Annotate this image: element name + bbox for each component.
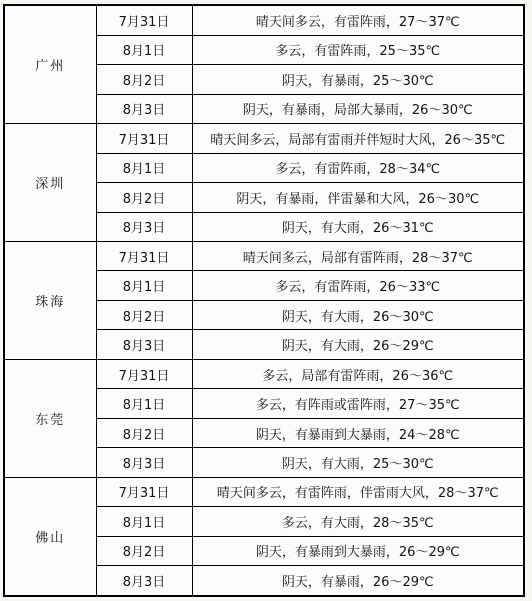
weather-cell: 多云，有大雨，28～35℃ — [192, 507, 524, 536]
date-cell: 8月3日 — [96, 566, 192, 596]
weather-cell: 多云，有雷阵雨，25～35℃ — [192, 35, 524, 64]
table-row: 深圳 7月31日 晴天间多云，局部有雷雨并伴短时大风，26～35℃ — [4, 124, 524, 153]
weather-cell: 阴天，有大雨，26～29℃ — [192, 330, 524, 359]
date-cell: 8月1日 — [96, 153, 192, 182]
date-cell: 8月2日 — [96, 536, 192, 565]
city-cell: 东莞 — [4, 359, 96, 477]
weather-cell: 阴天，有大雨，26～31℃ — [192, 212, 524, 241]
date-cell: 8月1日 — [96, 35, 192, 64]
date-cell: 7月31日 — [96, 124, 192, 153]
weather-cell: 阴天，有暴雨，26～29℃ — [192, 566, 524, 596]
date-cell: 8月2日 — [96, 418, 192, 447]
weather-cell: 阴天，有暴雨，局部大暴雨，26～30℃ — [192, 94, 524, 123]
city-cell: 佛山 — [4, 477, 96, 596]
weather-cell: 阴天，有暴雨，25～30℃ — [192, 65, 524, 94]
weather-cell: 多云，有阵雨或雷阵雨，27～35℃ — [192, 389, 524, 418]
date-cell: 7月31日 — [96, 477, 192, 506]
date-cell: 7月31日 — [96, 241, 192, 270]
weather-cell: 多云，有雷阵雨，28～34℃ — [192, 153, 524, 182]
city-cell: 广州 — [4, 5, 96, 124]
date-cell: 8月3日 — [96, 212, 192, 241]
table-row: 珠海 7月31日 晴天间多云，局部有雷阵雨，28～37℃ — [4, 241, 524, 270]
table-row: 广州 7月31日 晴天间多云，有雷阵雨，27～37℃ — [4, 5, 524, 35]
table-row: 东莞 7月31日 多云，局部有雷阵雨，26～36℃ — [4, 359, 524, 388]
weather-cell: 晴天间多云，有雷阵雨，27～37℃ — [192, 5, 524, 35]
date-cell: 7月31日 — [96, 359, 192, 388]
date-cell: 8月1日 — [96, 389, 192, 418]
date-cell: 8月3日 — [96, 448, 192, 477]
weather-cell: 阴天，有大雨，25～30℃ — [192, 448, 524, 477]
weather-cell: 阴天，有暴雨，伴雷暴和大风，26～30℃ — [192, 183, 524, 212]
weather-cell: 晴天间多云，有雷阵雨，伴雷雨大风，28～37℃ — [192, 477, 524, 506]
date-cell: 7月31日 — [96, 5, 192, 35]
date-cell: 8月1日 — [96, 507, 192, 536]
table-row: 佛山 7月31日 晴天间多云，有雷阵雨，伴雷雨大风，28～37℃ — [4, 477, 524, 506]
weather-cell: 多云，有雷阵雨，26～33℃ — [192, 271, 524, 300]
date-cell: 8月3日 — [96, 330, 192, 359]
weather-cell: 阴天，有大雨，26～30℃ — [192, 300, 524, 329]
date-cell: 8月2日 — [96, 183, 192, 212]
weather-cell: 晴天间多云，局部有雷雨并伴短时大风，26～35℃ — [192, 124, 524, 153]
city-cell: 珠海 — [4, 241, 96, 359]
date-cell: 8月2日 — [96, 300, 192, 329]
weather-forecast-table: 广州 7月31日 晴天间多云，有雷阵雨，27～37℃ 8月1日 多云，有雷阵雨，… — [3, 4, 525, 597]
city-cell: 深圳 — [4, 124, 96, 242]
page-canvas: 广州 7月31日 晴天间多云，有雷阵雨，27～37℃ 8月1日 多云，有雷阵雨，… — [0, 0, 532, 601]
weather-cell: 多云，局部有雷阵雨，26～36℃ — [192, 359, 524, 388]
weather-cell: 阴天，有暴雨到大暴雨，24～28℃ — [192, 418, 524, 447]
date-cell: 8月2日 — [96, 65, 192, 94]
date-cell: 8月3日 — [96, 94, 192, 123]
date-cell: 8月1日 — [96, 271, 192, 300]
weather-cell: 晴天间多云，局部有雷阵雨，28～37℃ — [192, 241, 524, 270]
weather-cell: 阴天，有暴雨到大暴雨，26～29℃ — [192, 536, 524, 565]
